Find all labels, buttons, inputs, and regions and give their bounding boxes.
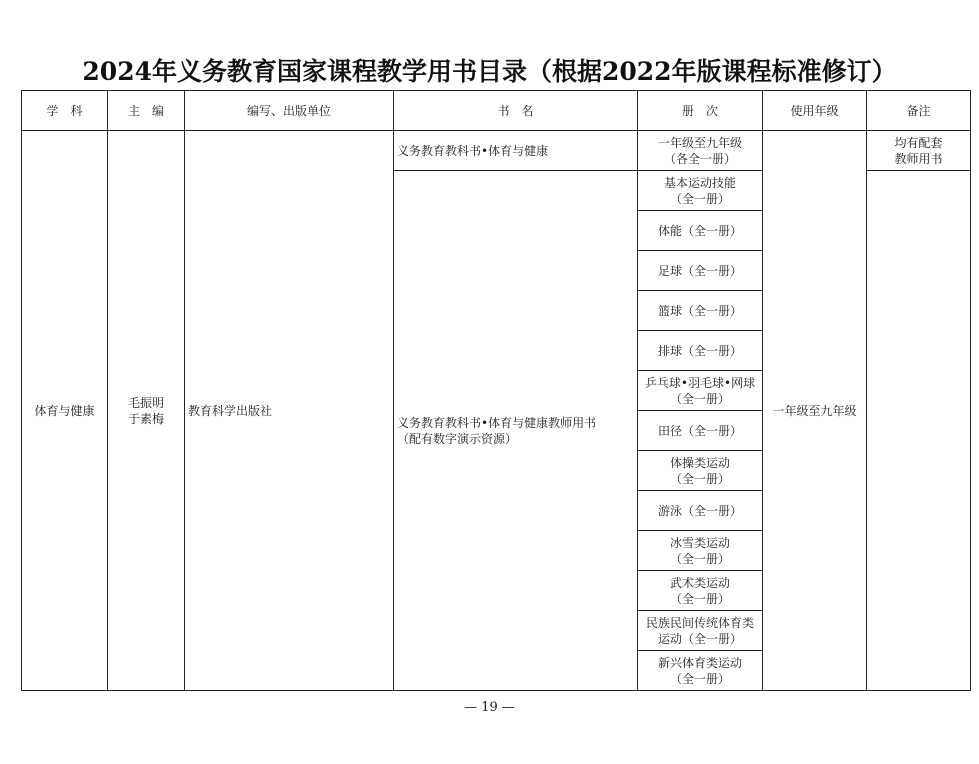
volume-cell: 基本运动技能（全一册） [638,171,763,211]
header-subject: 学 科 [22,91,108,131]
volume-line: 基本运动技能 [638,175,762,191]
book-name-textbook: 义务教育教科书•体育与健康 [394,131,638,171]
volume-line: 冰雪类运动 [638,535,762,551]
catalog-table: 学 科 主 编 编写、出版单位 书 名 册 次 使用年级 备注 体育与健康 毛振… [21,90,971,691]
volume-line: 田径（全一册） [638,423,762,439]
volume-cell: 田径（全一册） [638,411,763,451]
volume-line: 乒乓球•羽毛球•网球 [638,375,762,391]
volume-line: 游泳（全一册） [638,503,762,519]
note-line: 教师用书 [867,151,970,167]
volume-cell: 武术类运动（全一册） [638,571,763,611]
volume-line: 体操类运动 [638,455,762,471]
volume-line: 运动（全一册） [638,631,762,647]
publisher-cell: 教育科学出版社 [185,131,394,691]
volume-cell: 篮球（全一册） [638,291,763,331]
volume-line: （全一册） [638,671,762,687]
volume-line: 篮球（全一册） [638,303,762,319]
volume-line: 足球（全一册） [638,263,762,279]
volume-line: 体能（全一册） [638,223,762,239]
volume-cell: 足球（全一册） [638,251,763,291]
header-row: 学 科 主 编 编写、出版单位 书 名 册 次 使用年级 备注 [22,91,971,131]
header-volume: 册 次 [638,91,763,131]
volume-line: （全一册） [638,551,762,567]
note-line: 均有配套 [867,135,970,151]
volume-line: 一年级至九年级 [638,135,762,151]
volume-cell: 体能（全一册） [638,211,763,251]
header-publisher: 编写、出版单位 [185,91,394,131]
volume-line: （全一册） [638,591,762,607]
volume-line: （全一册） [638,391,762,407]
book-name-teacher: 义务教育教科书•体育与健康教师用书 （配有数字演示资源） [394,171,638,691]
table-row: 体育与健康 毛振明 于素梅 教育科学出版社 义务教育教科书•体育与健康 一年级至… [22,131,971,171]
editor-name-1: 毛振明 [108,395,184,411]
volume-line: （全一册） [638,471,762,487]
volume-line: （各全一册） [638,151,762,167]
book-name-line: 义务教育教科书•体育与健康教师用书 [397,415,637,431]
page-title: 2024年义务教育国家课程教学用书目录（根据2022年版课程标准修订） [0,52,979,88]
book-name-line: （配有数字演示资源） [397,431,637,447]
header-book-name: 书 名 [394,91,638,131]
header-grade: 使用年级 [763,91,867,131]
page-number: — 19 — [0,700,979,715]
note-cell: 均有配套 教师用书 [867,131,971,171]
volume-line: 排球（全一册） [638,343,762,359]
volume-line: 武术类运动 [638,575,762,591]
volume-cell: 冰雪类运动（全一册） [638,531,763,571]
header-note: 备注 [867,91,971,131]
volume-line: （全一册） [638,191,762,207]
volume-cell: 排球（全一册） [638,331,763,371]
volume-cell: 民族民间传统体育类运动（全一册） [638,611,763,651]
grade-cell: 一年级至九年级 [763,131,867,691]
editor-cell: 毛振明 于素梅 [108,131,185,691]
volume-line: 民族民间传统体育类 [638,615,762,631]
editor-name-2: 于素梅 [108,411,184,427]
subject-cell: 体育与健康 [22,131,108,691]
volume-cell: 体操类运动（全一册） [638,451,763,491]
volume-cell: 新兴体育类运动（全一册） [638,651,763,691]
header-editor: 主 编 [108,91,185,131]
volume-textbook: 一年级至九年级 （各全一册） [638,131,763,171]
note-empty-cell [867,171,971,691]
volume-cell: 乒乓球•羽毛球•网球（全一册） [638,371,763,411]
volume-line: 新兴体育类运动 [638,655,762,671]
volume-cell: 游泳（全一册） [638,491,763,531]
